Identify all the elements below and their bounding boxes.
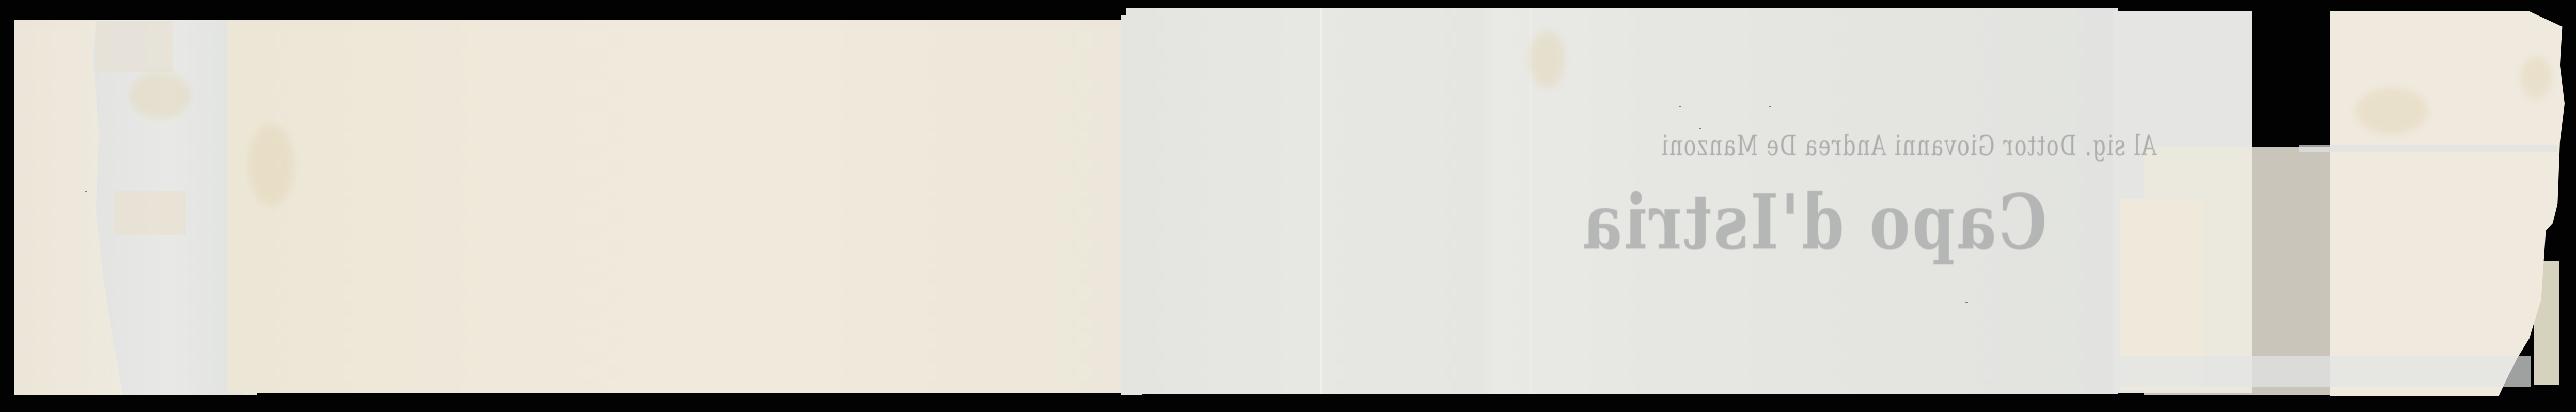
left-tan-patch-bottom: [114, 191, 186, 235]
bottom-bluish-band: [2118, 356, 2531, 387]
ink-fleck: [1769, 106, 1771, 107]
scan-background: Al sig. Dottor Giovanni Andrea De Manzon…: [0, 0, 2576, 412]
foxing-stain: [2521, 57, 2552, 98]
mirrored-city-text: Capo d'Istria: [1581, 177, 2047, 267]
ink-fleck: [1679, 106, 1681, 107]
ink-fleck: [1965, 302, 1968, 303]
mirrored-address-text: Al sig. Dottor Giovanni Andrea De Manzon…: [1661, 130, 2157, 162]
ink-fleck: [85, 191, 87, 192]
foxing-stain: [248, 124, 294, 207]
fold-crease: [1320, 8, 1322, 394]
cream-paper-panel: [227, 20, 1126, 393]
ink-fleck: [1699, 128, 1701, 129]
foxing-stain: [2355, 88, 2428, 134]
foxing-stain: [129, 72, 191, 119]
foxing-stain: [1529, 31, 1565, 88]
left-tan-patch-top: [96, 21, 173, 72]
horizontal-fold-line: [2299, 145, 2557, 152]
